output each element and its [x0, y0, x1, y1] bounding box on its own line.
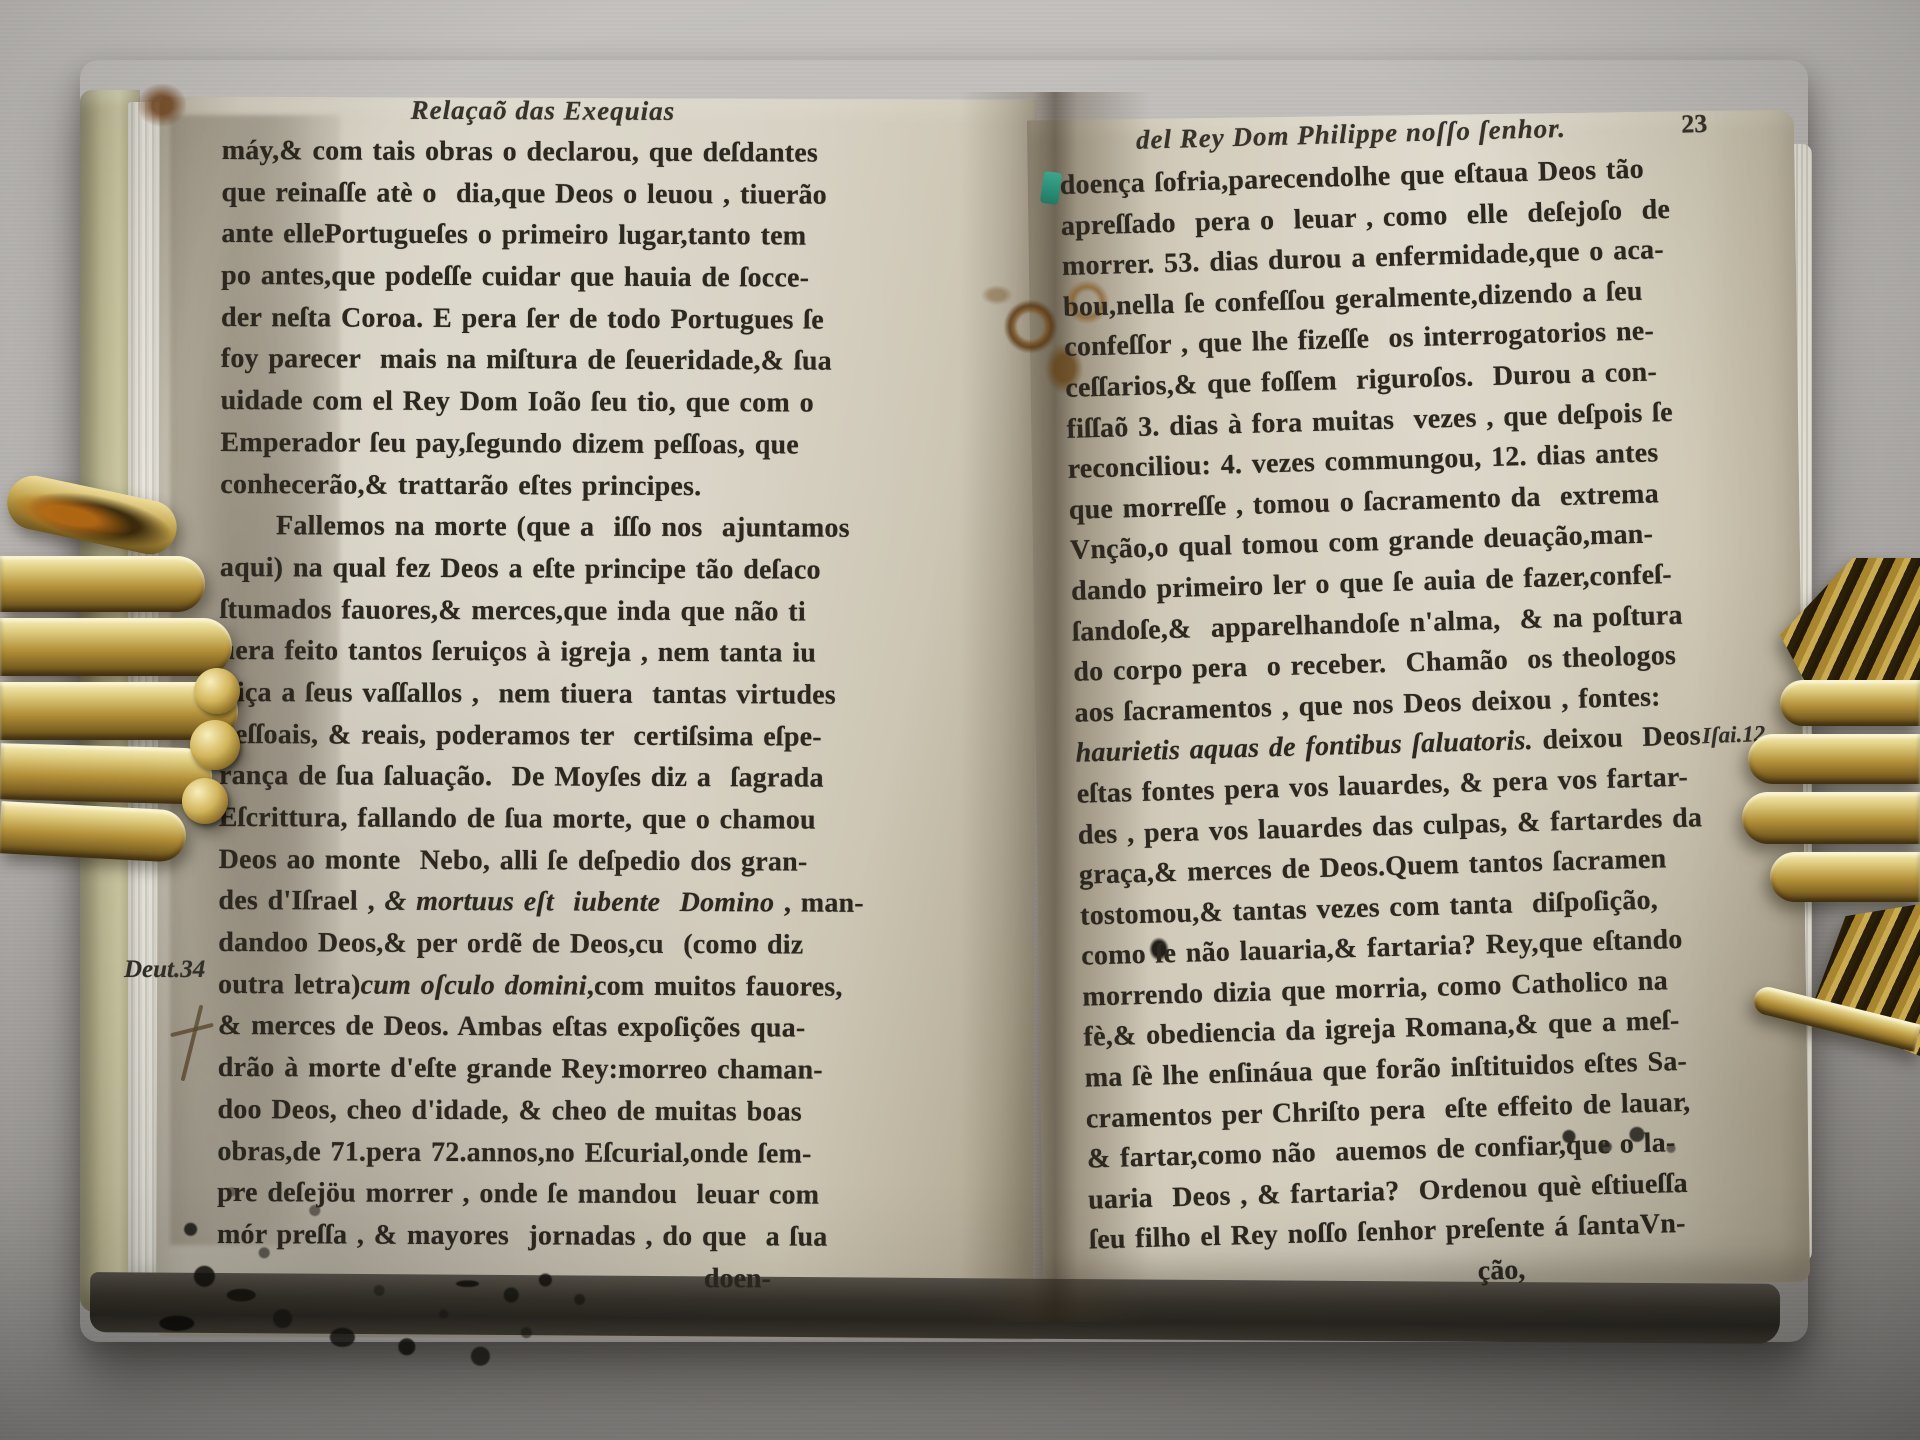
text-line: Fallemos na morte (que a iſſo nos ajunta… [220, 505, 862, 549]
text-line: uera feito tantos ſeruiços à igreja , ne… [219, 630, 861, 674]
text-line: po antes,que podeſſe cuidar que hauia de… [221, 255, 863, 299]
clasp-boss [182, 778, 228, 824]
text-line: pre deſejöu morrer , onde ſe mandou leua… [217, 1172, 859, 1216]
text-line: rança de ſua ſaluação. De Moyſes diz a ſ… [219, 755, 861, 799]
cover-corner-stain [138, 84, 186, 126]
open-book: Relaçaõ das Exequias máy,& com tais obra… [80, 60, 1808, 1342]
left-page-text: Relaçaõ das Exequias máy,& com tais obra… [217, 90, 864, 1300]
clasp-finger [1770, 852, 1920, 902]
page-number: 23 [1681, 104, 1714, 145]
text-line: que reinaſſe atè o dia,que Deos o leuou … [221, 172, 863, 216]
clasp-finger [0, 618, 232, 676]
text-line: obras,de 71.pera 72.annos,no Eſcurial,on… [217, 1130, 859, 1174]
clasp-boss [194, 668, 240, 714]
right-page-text: del Rey Dom Philippe noſſo ſenhor. 23 do… [1058, 104, 1746, 1304]
brass-clasp-left [0, 462, 242, 864]
text-line: conhecerão,& trattarão eſtes principes. [220, 463, 862, 507]
photo-background: Relaçaõ das Exequias máy,& com tais obra… [0, 0, 1920, 1440]
text-line: & merces de Deos. Ambas eſtas expoſições… [218, 1005, 860, 1049]
text-line: Emperador ſeu pay,ſegundo dizem peſſoas,… [220, 422, 862, 466]
clasp-finger [0, 801, 187, 863]
clasp-hook [2, 471, 181, 560]
brass-clasp-right [1742, 552, 1920, 1118]
text-line: der neſta Coroa. E pera ſer de todo Port… [221, 297, 863, 341]
left-page-body: máy,& com tais obras o declarou, que deſ… [217, 130, 864, 1258]
clasp-finger [0, 743, 213, 805]
text-line: Deos ao monte Nebo, alli ſe deſpedio dos… [219, 839, 861, 883]
clasp-finger [1780, 680, 1920, 726]
left-running-title: Relaçaõ das Exequias [222, 90, 864, 133]
text-line: aqui) na qual fez Deos a eſte principe t… [220, 547, 862, 591]
margin-note-deut: Deut.34 [124, 956, 205, 984]
text-line: drão à morte d'eſte grande Rey:morreo ch… [218, 1047, 860, 1091]
clasp-finger [0, 556, 205, 612]
text-line: Eſcrittura, fallando de ſua morte, que o… [219, 797, 861, 841]
handwritten-cross-mark [162, 1002, 224, 1084]
text-line: máy,& com tais obras o declarou, que deſ… [222, 130, 864, 174]
text-line: ſtumados fauores,& merces,que inda que n… [220, 589, 862, 633]
clasp-boss [190, 720, 240, 770]
right-page-body: doença ſofria,parecendolhe que eſtaua De… [1059, 148, 1744, 1262]
right-running-title: del Rey Dom Philippe noſſo ſenhor. [1136, 113, 1567, 155]
text-line: dandoo Deos,& per ordẽ de Deos,cu (como … [218, 922, 860, 966]
text-line: foy parecer mais na miſtura de ſeueridad… [221, 338, 863, 382]
text-line: uidade com el Rey Dom Ioão ſeu tio, que … [221, 380, 863, 424]
text-line: ſtiça a ſeus vaſſallos , nem tiuera tant… [219, 672, 861, 716]
text-line: ante ellePortugueſes o primeiro lugar,ta… [221, 213, 863, 257]
left-catchword: doen- [217, 1256, 859, 1301]
text-line: doo Deos, cheo d'idade, & cheo de muitas… [217, 1089, 859, 1133]
clasp-finger [1742, 792, 1920, 844]
text-line: outra letra)cum oſculo domini,com muitos… [218, 964, 860, 1008]
text-line: peſſoais, & reais, poderamos ter certiſs… [219, 714, 861, 758]
text-line: mór preſſa , & mayores jornadas , do que… [217, 1214, 859, 1258]
text-line: des d'Iſrael , & mortuus eſt iubente Dom… [218, 880, 860, 924]
clasp-finger [1748, 734, 1920, 784]
